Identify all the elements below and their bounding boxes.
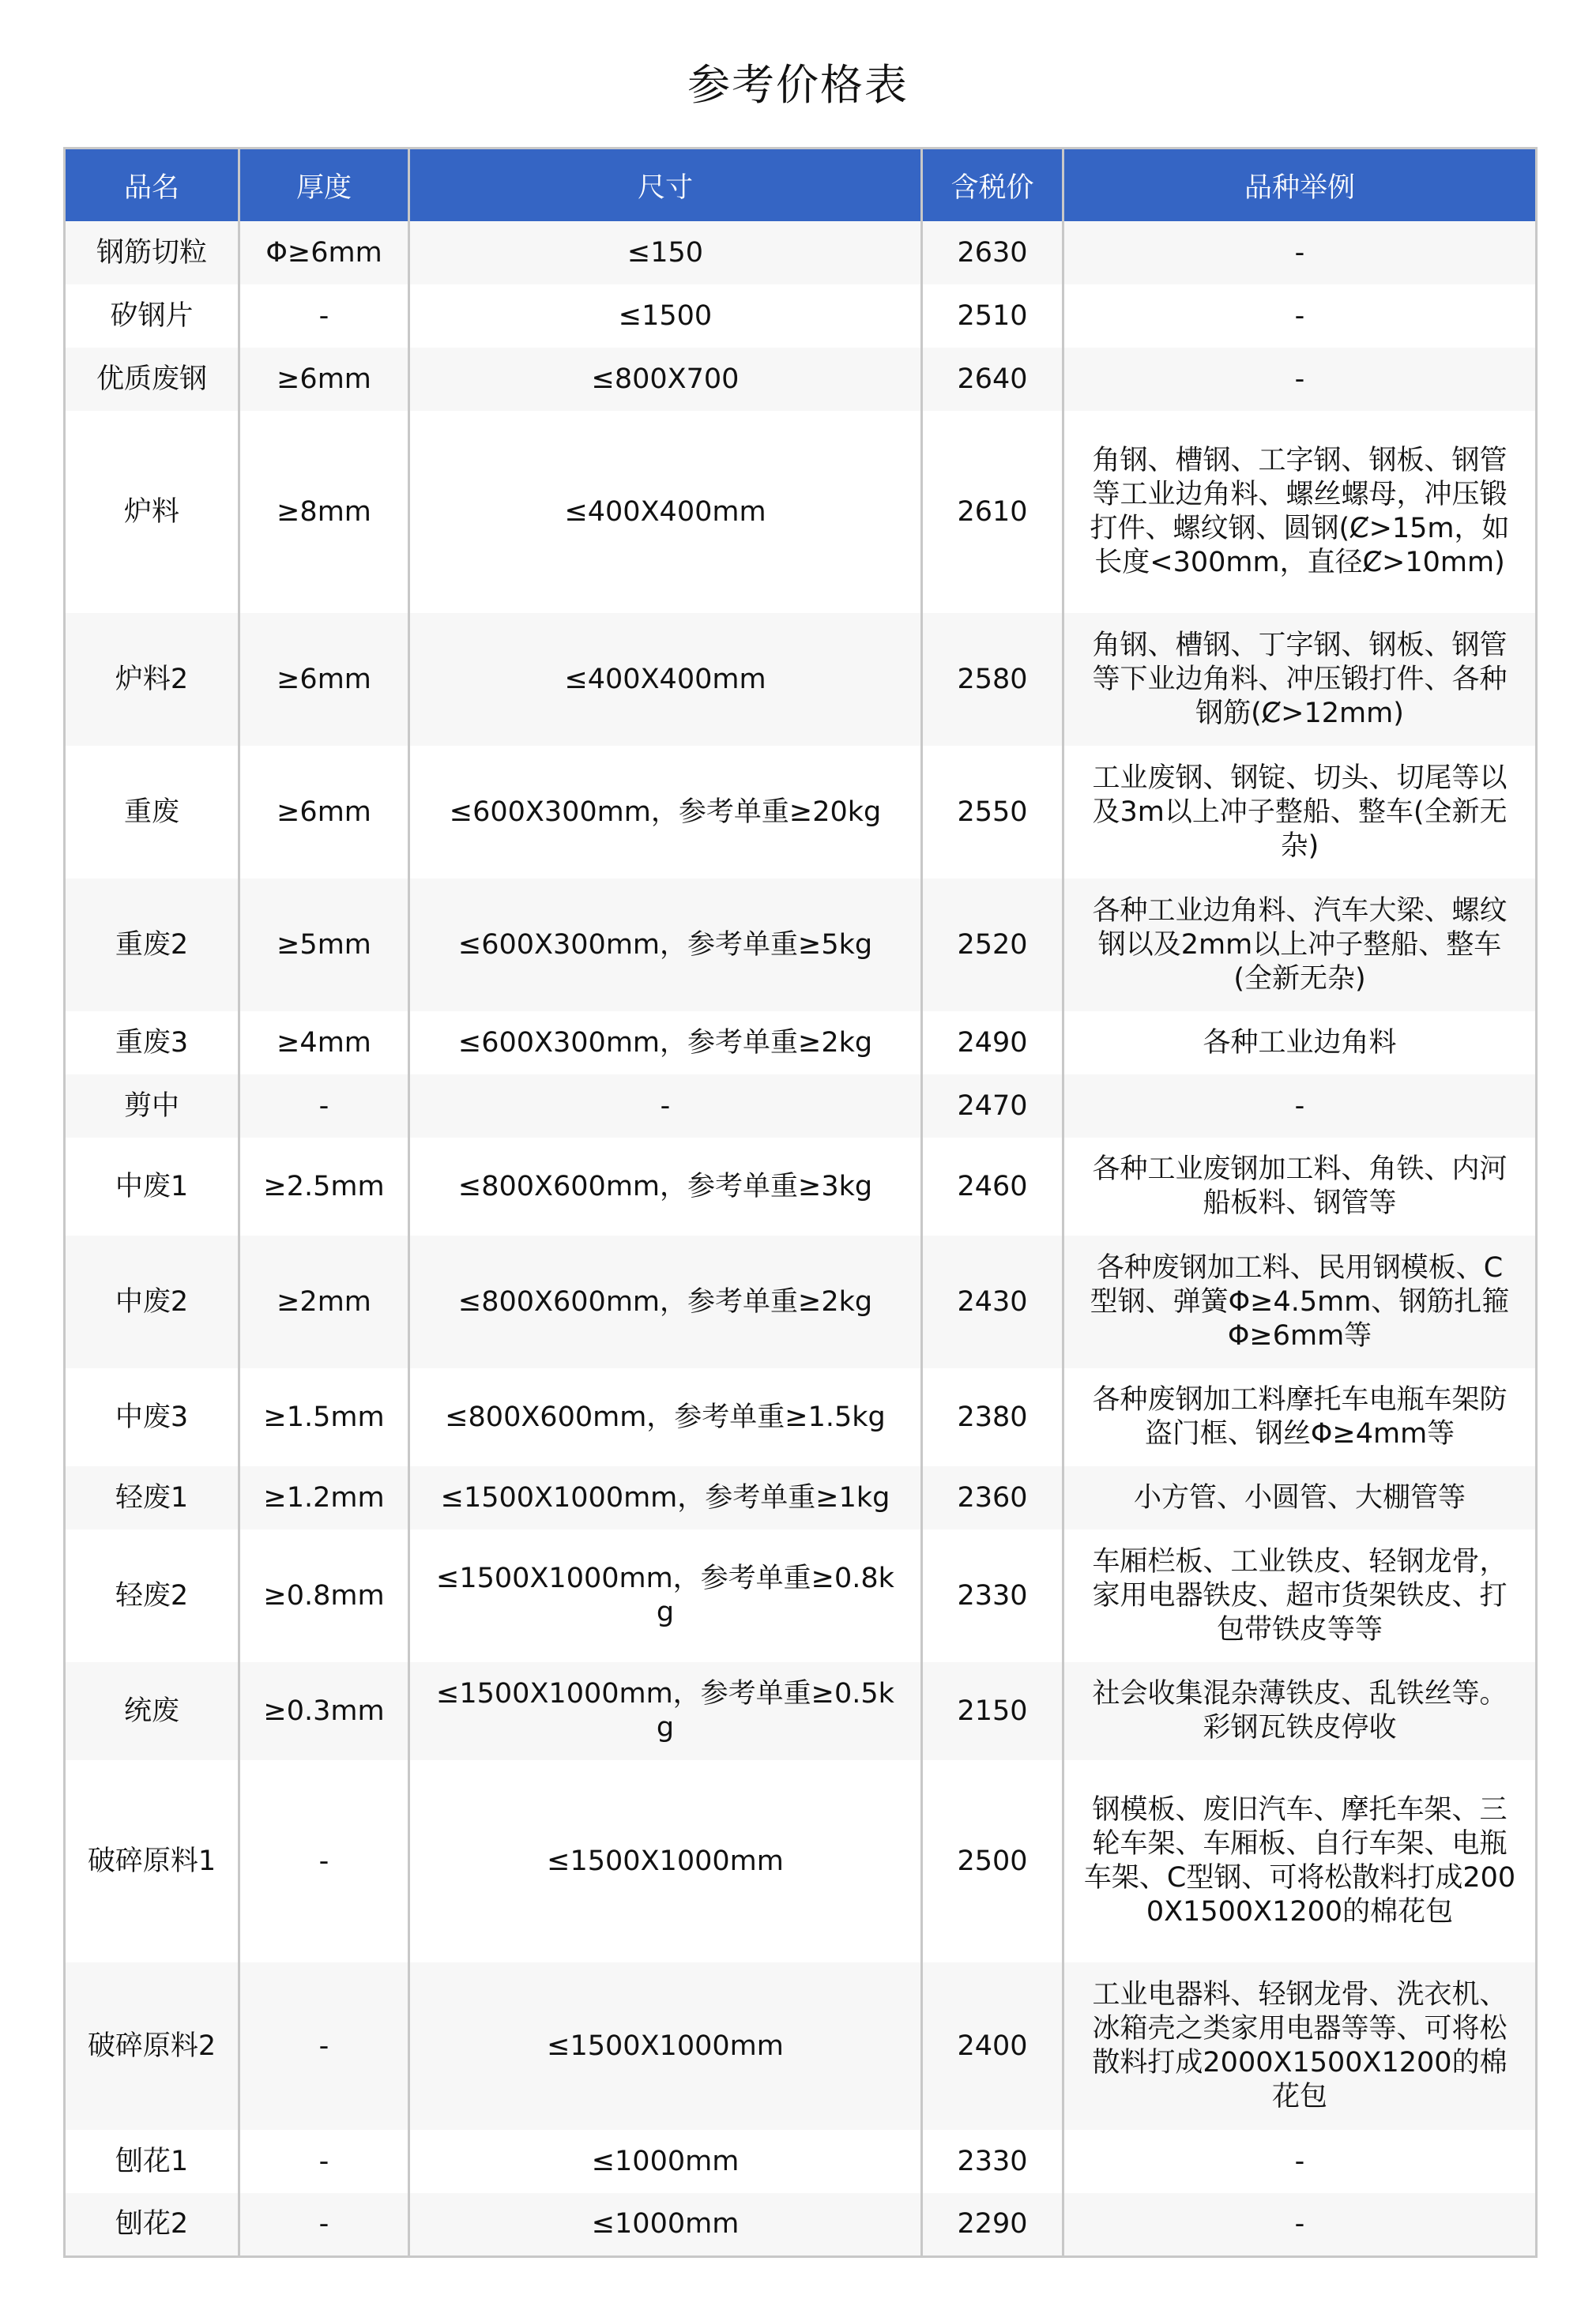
cell-name: 重废2 xyxy=(65,878,239,1011)
cell-name: 刨花1 xyxy=(65,2130,239,2193)
cell-examples: 社会收集混杂薄铁皮、乱铁丝等。彩钢瓦铁皮停收 xyxy=(1063,1662,1537,1760)
cell-examples: - xyxy=(1063,1074,1537,1138)
cell-thickness: - xyxy=(239,1962,409,2130)
cell-examples: 各种废钢加工料、民用钢模板、C型钢、弹簧Φ≥4.5mm、钢筋扎箍Φ≥6mm等 xyxy=(1063,1236,1537,1368)
cell-size: ≤1000mm xyxy=(409,2193,922,2256)
cell-price: 2610 xyxy=(922,411,1063,613)
cell-name: 剪中 xyxy=(65,1074,239,1138)
cell-name: 重废3 xyxy=(65,1011,239,1074)
cell-name: 炉料2 xyxy=(65,613,239,746)
table-row: 优质废钢 ≥6mm ≤800X700 2640 - xyxy=(65,348,1537,411)
cell-examples: - xyxy=(1063,348,1537,411)
cell-size: ≤1000mm xyxy=(409,2130,922,2193)
table-row: 中废2 ≥2mm ≤800X600mm，参考单重≥2kg 2430 各种废钢加工… xyxy=(65,1236,1537,1368)
cell-thickness: - xyxy=(239,2130,409,2193)
cell-thickness: ≥4mm xyxy=(239,1011,409,1074)
column-header-name: 品名 xyxy=(65,149,239,222)
cell-price: 2380 xyxy=(922,1368,1063,1466)
cell-thickness: ≥6mm xyxy=(239,613,409,746)
cell-price: 2330 xyxy=(922,1529,1063,1662)
page-title: 参考价格表 xyxy=(0,54,1596,117)
cell-thickness: - xyxy=(239,1074,409,1138)
cell-price: 2400 xyxy=(922,1962,1063,2130)
column-header-examples: 品种举例 xyxy=(1063,149,1537,222)
price-table: 品名 厚度 尺寸 含税价 品种举例 钢筋切粒 Φ≥6mm ≤150 2630 -… xyxy=(63,147,1538,2258)
column-header-size: 尺寸 xyxy=(409,149,922,222)
cell-examples: 各种工业边角料 xyxy=(1063,1011,1537,1074)
cell-size: ≤400X400mm xyxy=(409,613,922,746)
cell-price: 2550 xyxy=(922,746,1063,878)
cell-price: 2500 xyxy=(922,1760,1063,1962)
cell-examples: - xyxy=(1063,2193,1537,2256)
cell-price: 2630 xyxy=(922,221,1063,284)
cell-size: ≤800X600mm，参考单重≥2kg xyxy=(409,1236,922,1368)
cell-size: ≤600X300mm，参考单重≥20kg xyxy=(409,746,922,878)
cell-size: ≤1500X1000mm xyxy=(409,1962,922,2130)
cell-price: 2150 xyxy=(922,1662,1063,1760)
cell-thickness: ≥1.2mm xyxy=(239,1466,409,1529)
table-row: 中废1 ≥2.5mm ≤800X600mm，参考单重≥3kg 2460 各种工业… xyxy=(65,1138,1537,1236)
cell-size: ≤400X400mm xyxy=(409,411,922,613)
cell-price: 2330 xyxy=(922,2130,1063,2193)
cell-thickness: ≥1.5mm xyxy=(239,1368,409,1466)
table-row: 重废 ≥6mm ≤600X300mm，参考单重≥20kg 2550 工业废钢、钢… xyxy=(65,746,1537,878)
table-row: 中废3 ≥1.5mm ≤800X600mm，参考单重≥1.5kg 2380 各种… xyxy=(65,1368,1537,1466)
cell-name: 矽钢片 xyxy=(65,284,239,348)
cell-thickness: - xyxy=(239,1760,409,1962)
cell-examples: 角钢、槽钢、丁字钢、钢板、钢管等下业边角料、冲压锻打件、各种钢筋(Ȼ>12mm) xyxy=(1063,613,1537,746)
cell-name: 优质废钢 xyxy=(65,348,239,411)
table-row: 轻废2 ≥0.8mm ≤1500X1000mm，参考单重≥0.8kg 2330 … xyxy=(65,1529,1537,1662)
cell-size: ≤600X300mm，参考单重≥5kg xyxy=(409,878,922,1011)
cell-size: ≤800X600mm，参考单重≥1.5kg xyxy=(409,1368,922,1466)
cell-thickness: - xyxy=(239,2193,409,2256)
cell-thickness: ≥2.5mm xyxy=(239,1138,409,1236)
table-row: 破碎原料2 - ≤1500X1000mm 2400 工业电器料、轻钢龙骨、洗衣机… xyxy=(65,1962,1537,2130)
table-row: 炉料2 ≥6mm ≤400X400mm 2580 角钢、槽钢、丁字钢、钢板、钢管… xyxy=(65,613,1537,746)
cell-size: - xyxy=(409,1074,922,1138)
table-row: 破碎原料1 - ≤1500X1000mm 2500 钢模板、废旧汽车、摩托车架、… xyxy=(65,1760,1537,1962)
table-row: 刨花2 - ≤1000mm 2290 - xyxy=(65,2193,1537,2256)
cell-thickness: Φ≥6mm xyxy=(239,221,409,284)
table-row: 重废2 ≥5mm ≤600X300mm，参考单重≥5kg 2520 各种工业边角… xyxy=(65,878,1537,1011)
cell-name: 钢筋切粒 xyxy=(65,221,239,284)
cell-size: ≤1500X1000mm，参考单重≥0.8kg xyxy=(409,1529,922,1662)
cell-name: 中废2 xyxy=(65,1236,239,1368)
cell-thickness: ≥0.3mm xyxy=(239,1662,409,1760)
cell-examples: 各种工业边角料、汽车大梁、螺纹钢以及2mm以上冲子整船、整车(全新无杂) xyxy=(1063,878,1537,1011)
cell-thickness: ≥0.8mm xyxy=(239,1529,409,1662)
table-row: 轻废1 ≥1.2mm ≤1500X1000mm，参考单重≥1kg 2360 小方… xyxy=(65,1466,1537,1529)
cell-name: 刨花2 xyxy=(65,2193,239,2256)
cell-price: 2430 xyxy=(922,1236,1063,1368)
column-header-thickness: 厚度 xyxy=(239,149,409,222)
cell-name: 轻废2 xyxy=(65,1529,239,1662)
cell-size: ≤800X600mm，参考单重≥3kg xyxy=(409,1138,922,1236)
cell-examples: 车厢栏板、工业铁皮、轻钢龙骨，家用电器铁皮、超市货架铁皮、打包带铁皮等等 xyxy=(1063,1529,1537,1662)
cell-name: 重废 xyxy=(65,746,239,878)
cell-name: 破碎原料1 xyxy=(65,1760,239,1962)
cell-examples: 各种废钢加工料摩托车电瓶车架防盗门框、钢丝Φ≥4mm等 xyxy=(1063,1368,1537,1466)
cell-examples: 小方管、小圆管、大棚管等 xyxy=(1063,1466,1537,1529)
table-header-row: 品名 厚度 尺寸 含税价 品种举例 xyxy=(65,149,1537,222)
cell-examples: 各种工业废钢加工料、角铁、内河船板料、钢管等 xyxy=(1063,1138,1537,1236)
cell-size: ≤1500X1000mm，参考单重≥0.5kg xyxy=(409,1662,922,1760)
cell-price: 2640 xyxy=(922,348,1063,411)
table-row: 刨花1 - ≤1000mm 2330 - xyxy=(65,2130,1537,2193)
cell-size: ≤1500X1000mm xyxy=(409,1760,922,1962)
cell-thickness: ≥6mm xyxy=(239,746,409,878)
cell-size: ≤1500 xyxy=(409,284,922,348)
cell-price: 2580 xyxy=(922,613,1063,746)
cell-size: ≤800X700 xyxy=(409,348,922,411)
cell-size: ≤600X300mm，参考单重≥2kg xyxy=(409,1011,922,1074)
cell-examples: 工业废钢、钢锭、切头、切尾等以及3m以上冲子整船、整车(全新无杂) xyxy=(1063,746,1537,878)
cell-examples: 角钢、槽钢、工字钢、钢板、钢管等工业边角料、螺丝螺母，冲压锻打件、螺纹钢、圆钢(… xyxy=(1063,411,1537,613)
cell-name: 炉料 xyxy=(65,411,239,613)
cell-price: 2520 xyxy=(922,878,1063,1011)
cell-thickness: ≥2mm xyxy=(239,1236,409,1368)
cell-price: 2470 xyxy=(922,1074,1063,1138)
cell-thickness: ≥8mm xyxy=(239,411,409,613)
column-header-price: 含税价 xyxy=(922,149,1063,222)
cell-name: 破碎原料2 xyxy=(65,1962,239,2130)
cell-name: 中废1 xyxy=(65,1138,239,1236)
cell-price: 2490 xyxy=(922,1011,1063,1074)
cell-price: 2460 xyxy=(922,1138,1063,1236)
cell-price: 2290 xyxy=(922,2193,1063,2256)
table-row: 剪中 - - 2470 - xyxy=(65,1074,1537,1138)
cell-thickness: ≥5mm xyxy=(239,878,409,1011)
table-row: 矽钢片 - ≤1500 2510 - xyxy=(65,284,1537,348)
cell-thickness: - xyxy=(239,284,409,348)
table-row: 钢筋切粒 Φ≥6mm ≤150 2630 - xyxy=(65,221,1537,284)
cell-thickness: ≥6mm xyxy=(239,348,409,411)
cell-examples: - xyxy=(1063,221,1537,284)
table-row: 重废3 ≥4mm ≤600X300mm，参考单重≥2kg 2490 各种工业边角… xyxy=(65,1011,1537,1074)
cell-examples: 工业电器料、轻钢龙骨、洗衣机、冰箱壳之类家用电器等等、可将松散料打成2000X1… xyxy=(1063,1962,1537,2130)
cell-name: 轻废1 xyxy=(65,1466,239,1529)
cell-examples: - xyxy=(1063,2130,1537,2193)
cell-price: 2510 xyxy=(922,284,1063,348)
cell-size: ≤1500X1000mm，参考单重≥1kg xyxy=(409,1466,922,1529)
cell-name: 中废3 xyxy=(65,1368,239,1466)
table-row: 统废 ≥0.3mm ≤1500X1000mm，参考单重≥0.5kg 2150 社… xyxy=(65,1662,1537,1760)
cell-examples: 钢模板、废旧汽车、摩托车架、三轮车架、车厢板、自行车架、电瓶车架、C型钢、可将松… xyxy=(1063,1760,1537,1962)
cell-name: 统废 xyxy=(65,1662,239,1760)
cell-price: 2360 xyxy=(922,1466,1063,1529)
cell-size: ≤150 xyxy=(409,221,922,284)
table-row: 炉料 ≥8mm ≤400X400mm 2610 角钢、槽钢、工字钢、钢板、钢管等… xyxy=(65,411,1537,613)
cell-examples: - xyxy=(1063,284,1537,348)
